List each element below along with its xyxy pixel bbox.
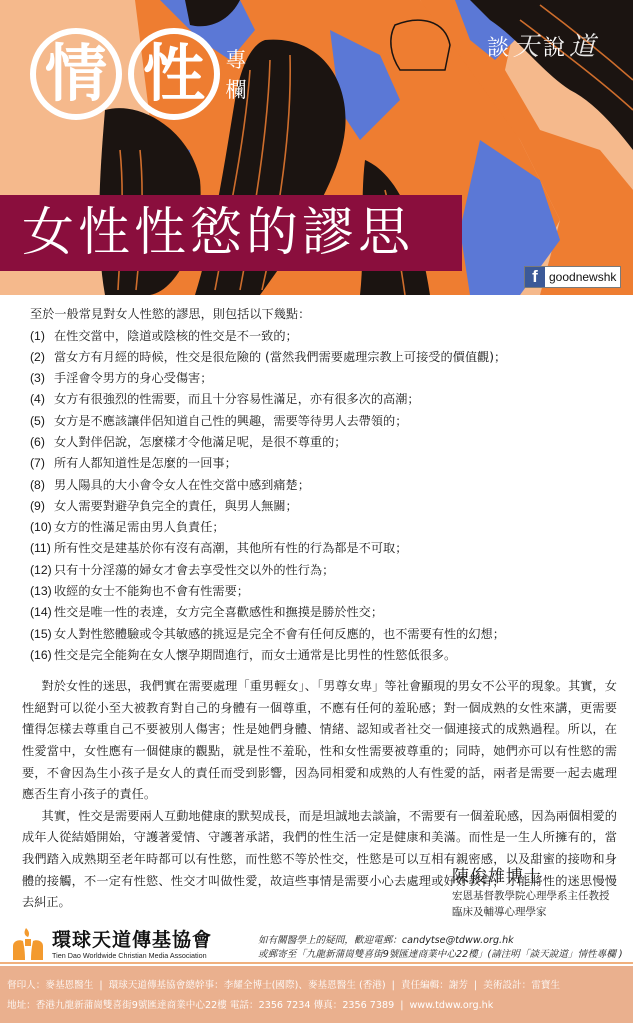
list-text: 女方是不應該讓伴侶知道自己性的興趣，需要等待男人去帶領的； [54,411,407,432]
list-number: (12) [30,560,54,581]
organization-name-zh: 環球天道傳基協會 [52,929,212,951]
footer-address-phone-fax: 地址：香港九龍新蒲崗雙喜街9號匯達商業中心22樓 電話：2356 7234 傳真… [7,1000,394,1011]
list-item: (14)性交是唯一性的表達，女方完全喜歡感性和撫摸是勝於性交； [30,602,617,623]
list-text: 收經的女士不能夠也不會有性需要； [54,581,249,602]
list-item: (7)所有人都知道性是怎麼的一回事； [30,453,617,474]
list-item: (1)在性交當中，陰道或陰核的性交是不一致的； [30,326,617,347]
list-text: 只有十分淫蕩的婦女才會去享受性交以外的性行為； [54,560,334,581]
list-number: (8) [30,475,54,496]
facebook-handle: goodnewshk [545,267,620,287]
list-number: (13) [30,581,54,602]
footer-divider [0,962,633,964]
list-text: 女人需要對避孕負完全的責任，與男人無關； [54,496,298,517]
page-title: 女性性慾的謬思 [22,207,414,259]
list-number: (14) [30,602,54,623]
list-number: (11) [30,538,54,559]
list-text: 男人陽具的大小會令女人在性交當中感到痛楚； [54,475,310,496]
list-text: 手淫會令男方的身心受傷害； [54,368,212,389]
footer-director: 環球天道傳基協會總幹事：李耀全博士(國際)、麥基恩醫生 (香港) [109,980,386,991]
organization-name-en: Tien Dao Worldwide Christian Media Assoc… [52,951,212,960]
column-label: 專 欄 [224,45,248,105]
column-logo-char-2: 性 [128,28,220,120]
list-text: 性交是唯一性的表達，女方完全喜歡感性和撫摸是勝於性交； [54,602,383,623]
footer-separator: | [99,980,102,991]
list-number: (7) [30,453,54,474]
brand-mark-logo: 談天說道 [487,26,599,63]
brand-mark-script: 道 [569,32,599,62]
list-text: 所有人都知道性是怎麼的一回事； [54,453,237,474]
list-text: 女人對性慾體驗或令其敏感的挑逗是完全不會有任何反應的，也不需要有性的幻想； [54,624,505,645]
brand-mark-char: 談 [487,36,513,61]
list-item: (5)女方是不應該讓伴侶知道自己性的興趣，需要等待男人去帶領的； [30,411,617,432]
list-number: (3) [30,368,54,389]
author-block: 陳俊雄博士 宏恩基督教學院心理學系主任教授 臨床及輔導心理學家 [452,866,610,920]
list-item: (13)收經的女士不能夠也不會有性需要； [30,581,617,602]
author-role: 宏恩基督教學院心理學系主任教授 [452,888,610,904]
list-number: (10) [30,517,54,538]
list-item: (3)手淫會令男方的身心受傷害； [30,368,617,389]
list-text: 性交是完全能夠在女人懷孕期間進行，而女士通常是比男性的性慾低很多。 [54,645,456,666]
list-text: 所有性交是建基於你有沒有高潮，其他所有性的行為都是不可取； [54,538,407,559]
list-text: 女方的性滿足需由男人負責任； [54,517,225,538]
list-text: 女人對伴侶說，怎麼樣才令他滿足呢，是很不尊重的； [54,432,347,453]
footer-address: 地址：香港九龍新蒲崗雙喜街9號匯達商業中心22樓 電話：2356 7234 傳真… [7,996,633,1016]
footer-bar: 督印人：麥基恩醫生|環球天道傳基協會總幹事：李耀全博士(國際)、麥基恩醫生 (香… [0,966,633,1023]
list-item: (12)只有十分淫蕩的婦女才會去享受性交以外的性行為； [30,560,617,581]
column-logo: 情 性 [30,28,220,120]
list-number: (1) [30,326,54,347]
facebook-icon: f [525,267,545,287]
list-number: (5) [30,411,54,432]
footer-separator: | [392,980,395,991]
list-number: (16) [30,645,54,666]
footer-website-link[interactable]: www.tdww.org.hk [409,1000,493,1011]
list-item: (16)性交是完全能夠在女人懷孕期間進行，而女士通常是比男性的性慾低很多。 [30,645,617,666]
footer-designer: 美術設計：雷寶生 [483,980,560,991]
list-number: (6) [30,432,54,453]
brand-mark-script: 天 [513,32,543,62]
myth-list: (1)在性交當中，陰道或陰核的性交是不一致的； (2)當女方有月經的時候，性交是… [22,326,617,667]
column-logo-char-1: 情 [30,28,122,120]
facebook-badge[interactable]: f goodnewshk [524,266,621,288]
footer-editor: 責任編輯：謝芳 [401,980,468,991]
list-number: (2) [30,347,54,368]
list-number: (15) [30,624,54,645]
list-text: 當女方有月經的時候，性交是很危險的 (當然我們需要處理宗教上可接受的價值觀)； [54,347,506,368]
contact-info: 如有關醫學上的疑問，歡迎電郵：candytse@tdww.org.hk 或郵寄至… [258,934,623,962]
title-band: 女性性慾的謬思 [0,195,462,271]
brand-mark-char: 說 [543,36,569,61]
list-item: (6)女人對伴侶說，怎麼樣才令他滿足呢，是很不尊重的； [30,432,617,453]
article-paragraph: 對於女性的迷思，我們實在需要處理「重男輕女」、「男尊女卑」等社會顯現的男女不公平… [22,676,617,806]
flame-logo-icon [10,926,46,962]
list-item: (15)女人對性慾體驗或令其敏感的挑逗是完全不會有任何反應的，也不需要有性的幻想… [30,624,617,645]
list-item: (11)所有性交是建基於你有沒有高潮，其他所有性的行為都是不可取； [30,538,617,559]
author-role: 臨床及輔導心理學家 [452,904,610,920]
list-number: (9) [30,496,54,517]
contact-email-line[interactable]: 如有關醫學上的疑問，歡迎電郵：candytse@tdww.org.hk [258,934,623,948]
footer-separator: | [400,1000,403,1011]
list-item: (10)女方的性滿足需由男人負責任； [30,517,617,538]
footer-publisher: 督印人：麥基恩醫生 [7,980,93,991]
footer-credits: 督印人：麥基恩醫生|環球天道傳基協會總幹事：李耀全博士(國際)、麥基恩醫生 (香… [7,976,633,996]
column-label-char: 專 [224,45,248,75]
organization-logo: 環球天道傳基協會 Tien Dao Worldwide Christian Me… [10,926,212,962]
list-number: (4) [30,389,54,410]
article-body: 至於一般常見對女人性慾的謬思，則包括以下幾點： (1)在性交當中，陰道或陰核的性… [22,304,617,914]
author-name: 陳俊雄博士 [452,866,610,888]
list-text: 女方有很強烈的性需要，而且十分容易性滿足，亦有很多次的高潮； [54,389,420,410]
footer-separator: | [474,980,477,991]
hero-banner: 情 性 專 欄 談天說道 女性性慾的謬思 f goodnewshk [0,0,633,295]
list-text: 在性交當中，陰道或陰核的性交是不一致的； [54,326,298,347]
list-item: (8)男人陽具的大小會令女人在性交當中感到痛楚； [30,475,617,496]
column-label-char: 欄 [224,75,248,105]
article-intro: 至於一般常見對女人性慾的謬思，則包括以下幾點： [22,304,617,326]
contact-address-line: 或郵寄至「九龍新蒲崗雙喜街9號匯達商業中心22樓」(請注明「談天說道」情性專欄 … [258,948,623,962]
list-item: (9)女人需要對避孕負完全的責任，與男人無關； [30,496,617,517]
list-item: (2)當女方有月經的時候，性交是很危險的 (當然我們需要處理宗教上可接受的價值觀… [30,347,617,368]
list-item: (4)女方有很強烈的性需要，而且十分容易性滿足，亦有很多次的高潮； [30,389,617,410]
